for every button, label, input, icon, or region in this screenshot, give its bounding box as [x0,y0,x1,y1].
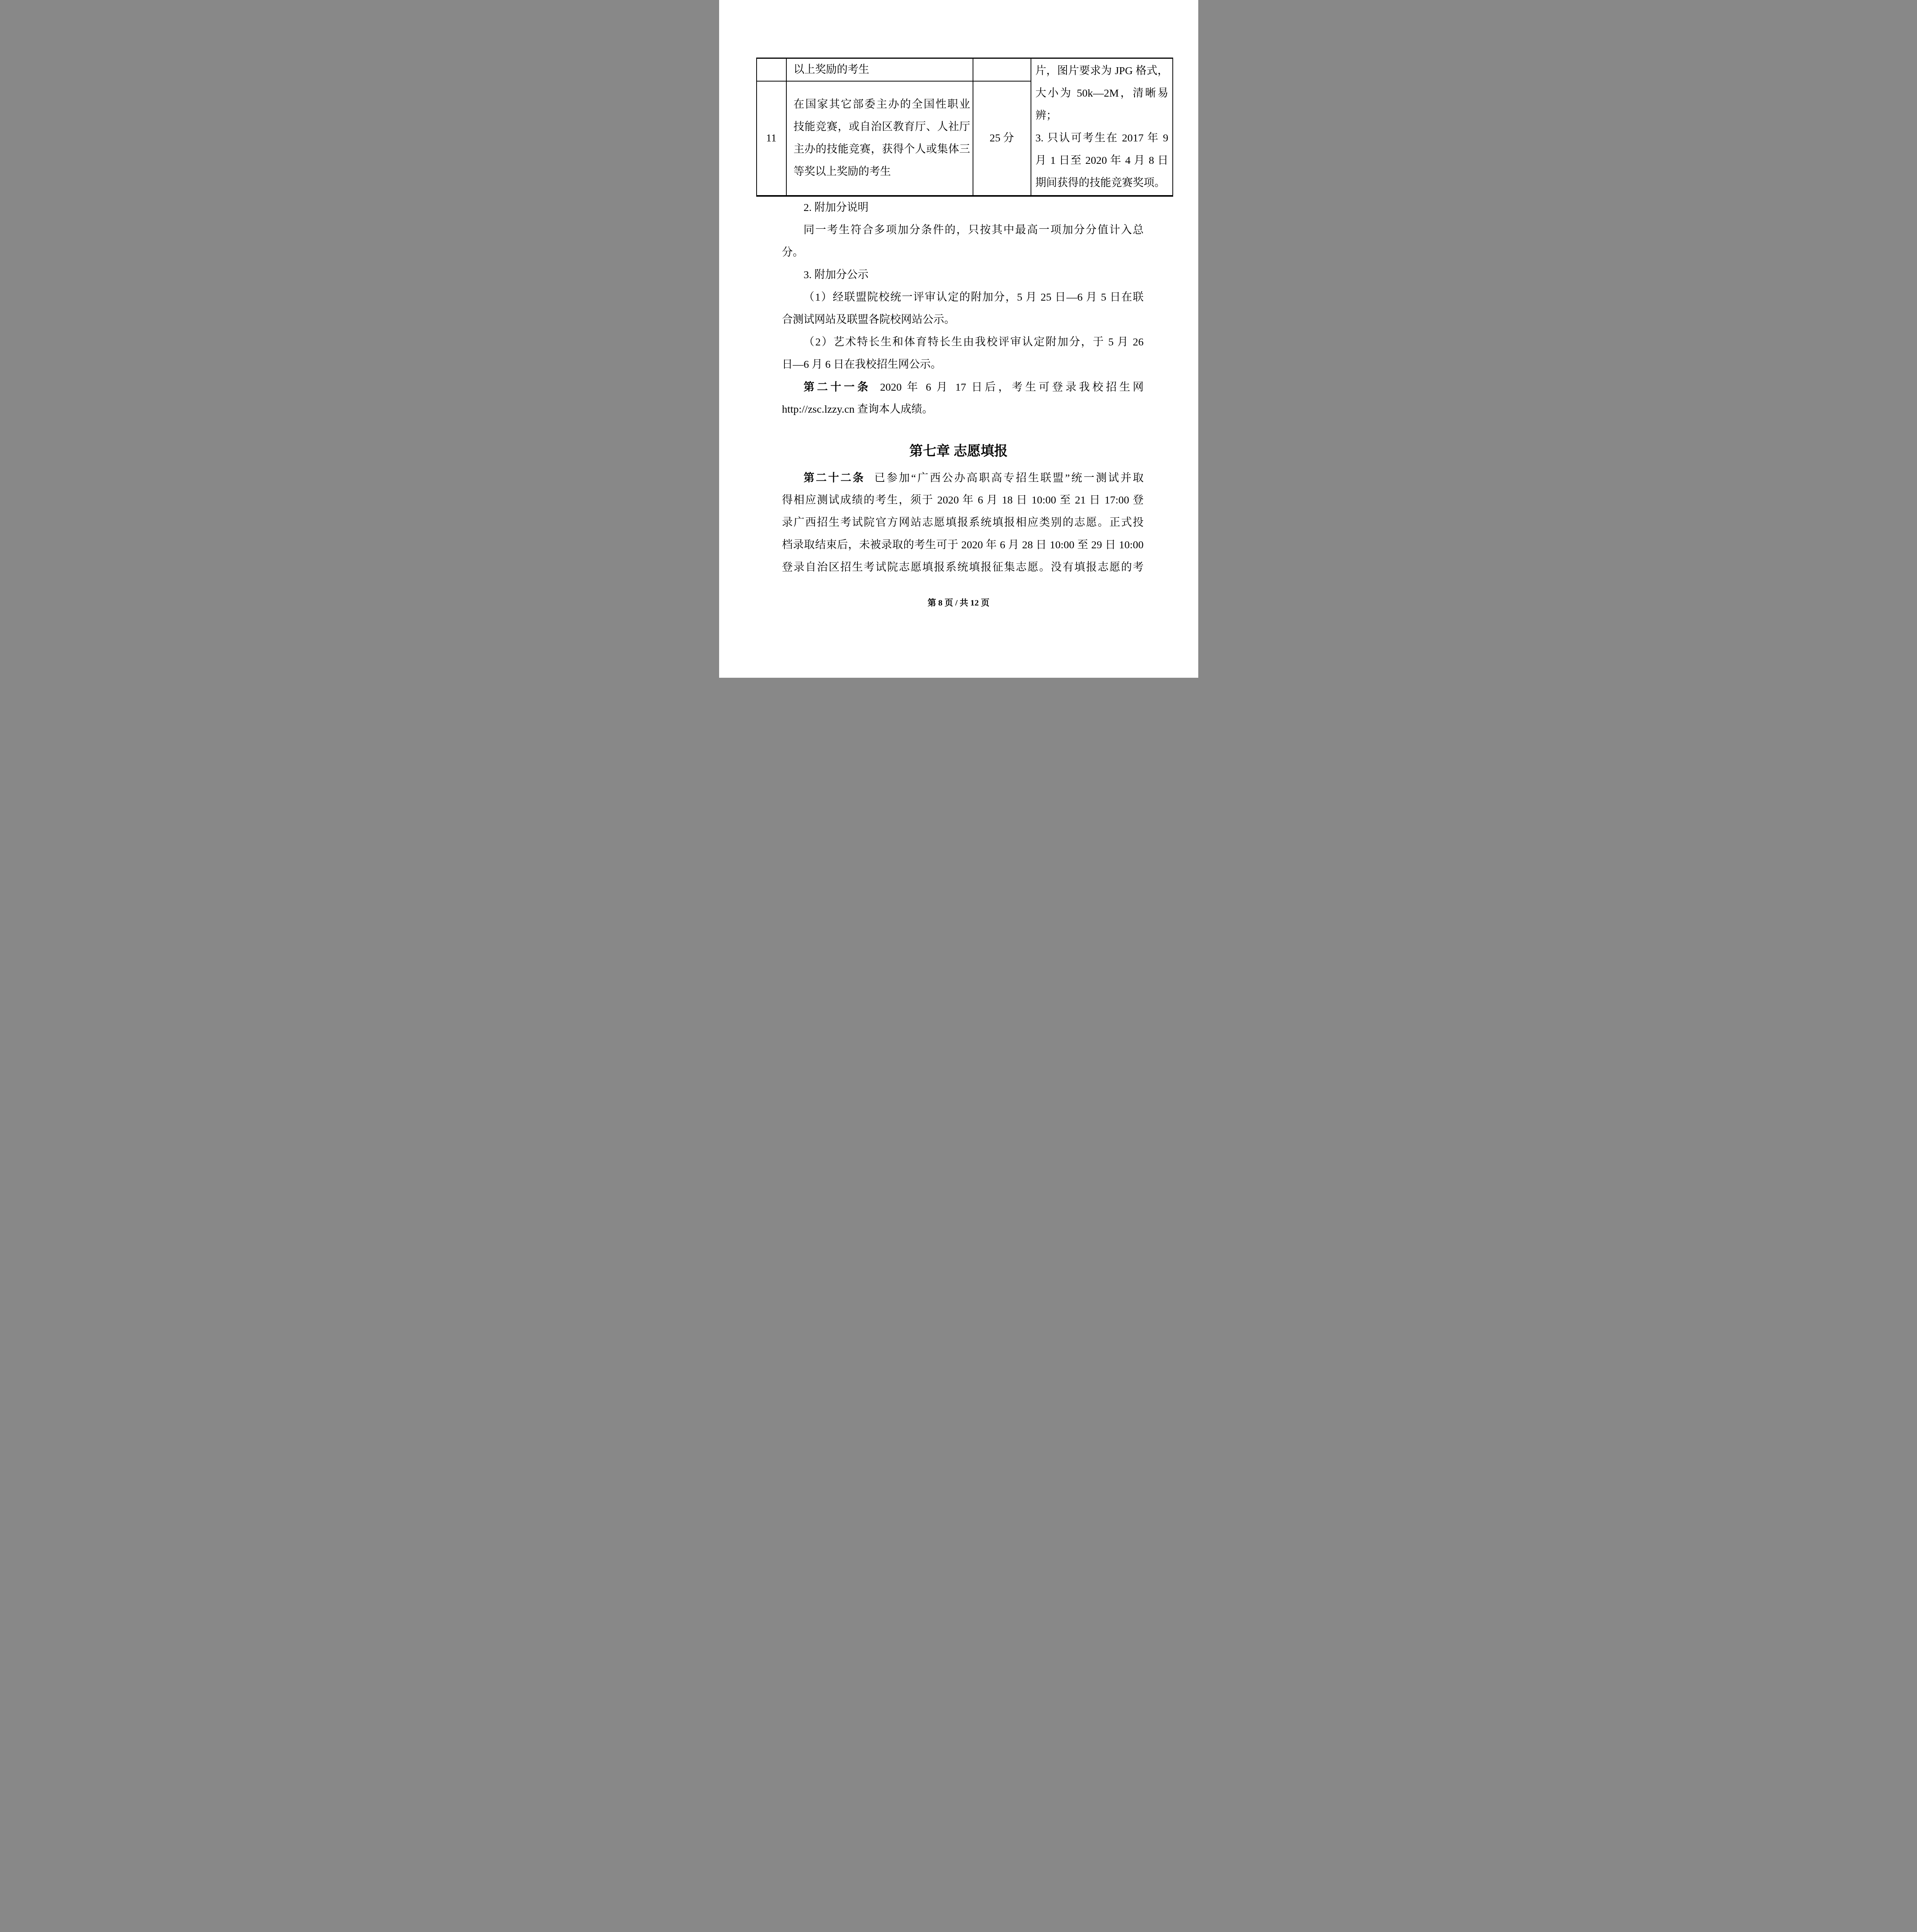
body-line: 档录取结束后，未被录取的考生可于 2020 年 6 月 28 日 10:00 至… [782,534,1144,556]
body-line: 分。 [782,241,1144,264]
chapter-7-heading: 第七章 志愿填报 [719,437,1198,465]
article-21-term: 第二十一条 [804,381,871,393]
body-line: 3. 附加分公示 [782,264,1144,286]
article-22-text: 已参加“广西公办高职高专招生联盟”统一测试并取 [874,472,1144,484]
bonus-points-table: 以上奖励的考生 片，图片要求为 JPG 格式， 大小为 50k—2M，清晰易 辨… [756,58,1173,197]
body-line-article-21: 第二十一条2020 年 6 月 17 日后，考生可登录我校招生网 [782,376,1144,398]
table-score-value: 25 分 [990,127,1014,150]
table-cell-prev-row-number [757,59,787,82]
page-number-footer: 第 8 页 / 共 12 页 [719,597,1198,609]
body-line: 登录自治区招生考试院志愿填报系统填报征集志愿。没有填报志愿的考 [782,556,1144,579]
article-21-text: 2020 年 6 月 17 日后，考生可登录我校招生网 [880,381,1143,393]
body-line: 录广西招生考试院官方网站志愿填报系统填报相应类别的志愿。正式投 [782,512,1144,534]
table-notes-line: 月 1 日至 2020 年 4 月 8 日 [1036,150,1169,172]
table-cell-prev-row-score [973,59,1031,82]
table-desc-line: 技能竞赛，或自治区教育厅、人社厅 [794,116,970,138]
table-cell-row11-score: 25 分 [973,82,1031,195]
body-line: 日—6 月 6 日在我校招生网公示。 [782,354,1144,376]
table-notes-line: 期间获得的技能竞赛奖项。 [1036,172,1169,194]
body-line: 2. 附加分说明 [782,197,1144,219]
body-line: 同一考生符合多项加分条件的，只按其中最高一项加分分值计入总 [782,219,1144,241]
body-text-section-2: 第二十二条已参加“广西公办高职高专招生联盟”统一测试并取 得相应测试成绩的考生，… [782,467,1144,579]
body-line-article-22: 第二十二条已参加“广西公办高职高专招生联盟”统一测试并取 [782,467,1144,489]
table-text: 以上奖励的考生 [794,59,869,81]
table-cell-prev-row-description: 以上奖励的考生 [787,59,973,82]
body-line: 合测试网站及联盟各院校网站公示。 [782,309,1144,331]
table-cell-row11-description: 在国家其它部委主办的全国性职业 技能竞赛，或自治区教育厅、人社厅 主办的技能竞赛… [787,82,973,195]
article-22-term: 第二十二条 [804,472,865,484]
body-text-section: 2. 附加分说明 同一考生符合多项加分条件的，只按其中最高一项加分分值计入总 分… [782,197,1144,421]
table-desc-line: 主办的技能竞赛，获得个人或集体三 [794,138,970,161]
body-line: （2）艺术特长生和体育特长生由我校评审认定附加分，于 5 月 26 [782,331,1144,354]
table-notes-line: 3. 只认可考生在 2017 年 9 [1036,127,1169,150]
table-desc-line: 在国家其它部委主办的全国性职业 [794,94,970,116]
body-line: （1）经联盟院校统一评审认定的附加分，5 月 25 日—6 月 5 日在联 [782,286,1144,309]
table-cell-notes: 片，图片要求为 JPG 格式， 大小为 50k—2M，清晰易 辨； 3. 只认可… [1031,59,1172,195]
table-notes-line: 大小为 50k—2M，清晰易 [1036,82,1169,105]
table-notes-line: 辨； [1036,105,1169,127]
table-row-number: 11 [766,127,777,150]
body-line-url: http://zsc.lzzy.cn 查询本人成绩。 [782,398,1144,421]
table-desc-line: 等奖以上奖励的考生 [794,161,970,183]
table-cell-row11-number: 11 [757,82,787,195]
table-notes-line: 片，图片要求为 JPG 格式， [1036,60,1169,82]
body-line: 得相应测试成绩的考生，须于 2020 年 6 月 18 日 10:00 至 21… [782,489,1144,512]
document-page: 以上奖励的考生 片，图片要求为 JPG 格式， 大小为 50k—2M，清晰易 辨… [719,0,1198,678]
